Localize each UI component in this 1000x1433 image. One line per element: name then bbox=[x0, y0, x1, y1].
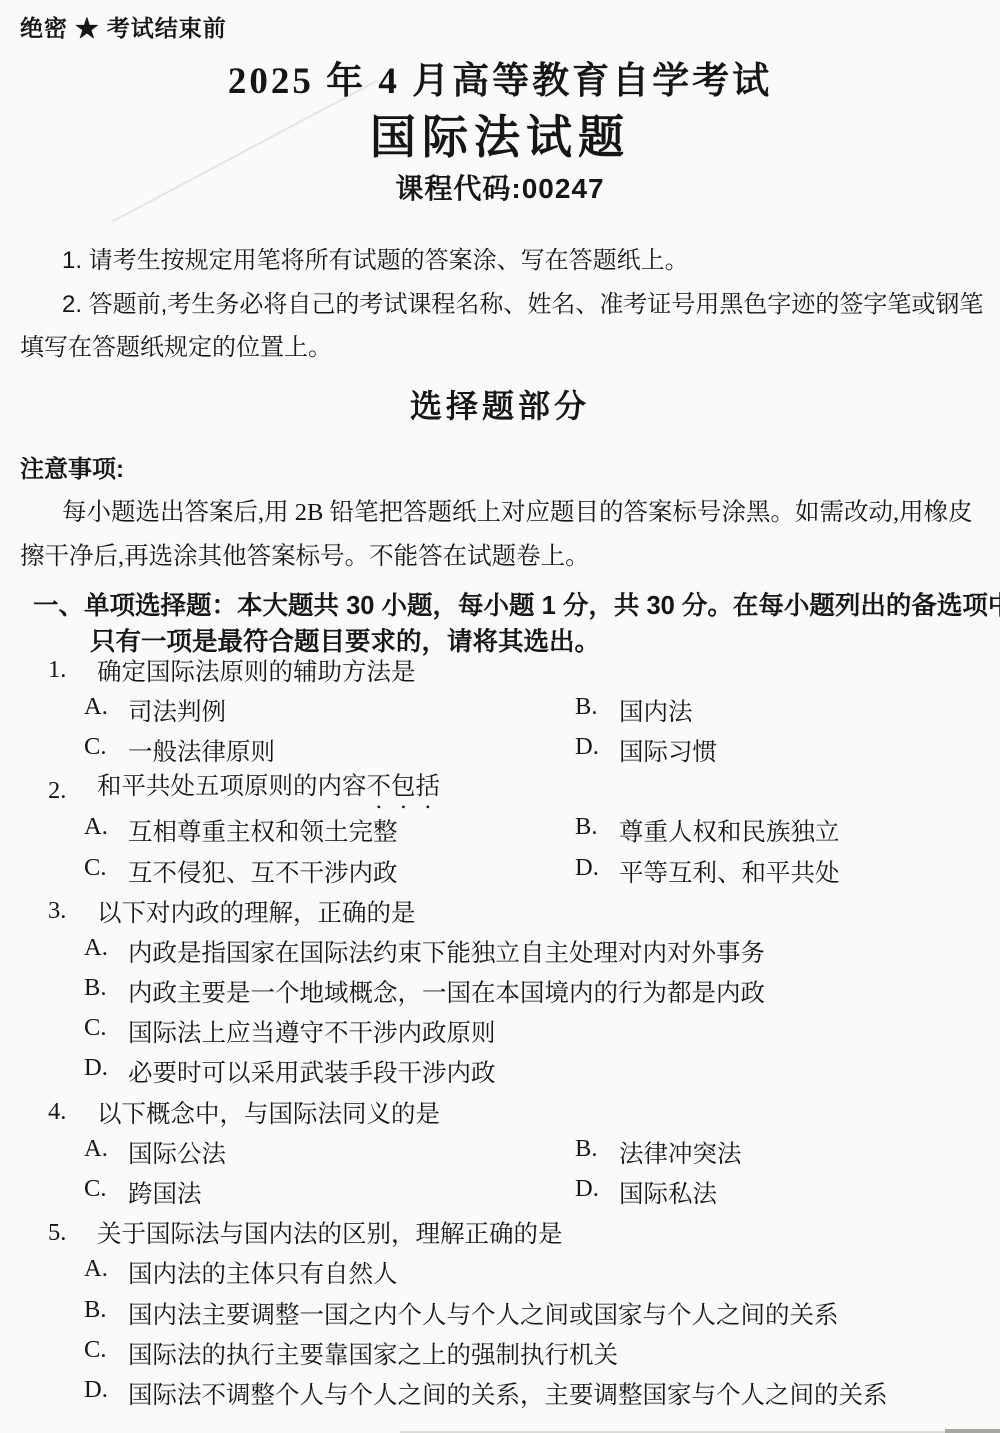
instruction-note-2-line-1: 2. 答题前,考生务必将自己的考试课程名称、姓名、准考证号用黑色字迹的签字笔或钢… bbox=[20, 284, 986, 319]
option-d: D.国际法不调整个人与个人之间的关系，主要调整国家与个人之间的关系 bbox=[84, 1376, 888, 1411]
option-a: A.国际公法 bbox=[84, 1135, 575, 1170]
question-1-options-row-1: A.司法判例 B.国内法 bbox=[0, 690, 1000, 730]
option-text: 跨国法 bbox=[128, 1175, 202, 1210]
option-d: D.平等互利、和平共处 bbox=[575, 854, 840, 889]
option-a: A.司法判例 bbox=[84, 693, 575, 728]
option-text: 司法判例 bbox=[128, 693, 226, 728]
question-2-stem: 2. 和平共处五项原则的内容不包括 bbox=[0, 771, 1000, 811]
question-text: 确定国际法原则的辅助方法是 bbox=[97, 653, 416, 688]
option-d: D.国际私法 bbox=[575, 1175, 717, 1210]
question-text: 以下概念中，与国际法同义的是 bbox=[97, 1095, 440, 1130]
question-number: 4. bbox=[48, 1098, 97, 1126]
option-b: B.内政主要是一个地域概念，一国在本国境内的行为都是内政 bbox=[84, 974, 765, 1009]
exam-paper-page: 绝密 ★ 考试结束前 2025 年 4 月高等教育自学考试 国际法试题 课程代码… bbox=[0, 0, 1000, 1433]
option-text: 内政是指国家在国际法约束下能独立自主处理对内对外事务 bbox=[128, 934, 765, 969]
notice-line-2: 擦干净后,再选涂其他答案标号。不能答在试题卷上。 bbox=[20, 537, 986, 572]
notice-heading: 注意事项: bbox=[20, 449, 124, 484]
option-text: 国际法不调整个人与个人之间的关系，主要调整国家与个人之间的关系 bbox=[128, 1376, 888, 1411]
option-text: 国内法主要调整一国之内个人与个人之间或国家与个人之间的关系 bbox=[128, 1296, 839, 1331]
option-b: B.尊重人权和民族独立 bbox=[575, 813, 840, 848]
scan-artifact-bottom-corner bbox=[945, 1429, 1000, 1433]
exam-session-title: 2025 年 4 月高等教育自学考试 bbox=[0, 50, 1000, 104]
question-number: 1. bbox=[48, 656, 97, 684]
option-d: D.国际习惯 bbox=[575, 733, 717, 768]
option-c: C.一般法律原则 bbox=[84, 733, 575, 768]
option-text: 国际法上应当遵守不干涉内政原则 bbox=[128, 1014, 496, 1049]
option-text: 国际法的执行主要靠国家之上的强制执行机关 bbox=[128, 1336, 618, 1371]
question-5-option-a: A.国内法的主体只有自然人 bbox=[0, 1253, 1000, 1293]
question-3-option-a: A.内政是指国家在国际法约束下能独立自主处理对内对外事务 bbox=[0, 931, 1000, 971]
course-code: 课程代码:00247 bbox=[0, 167, 1000, 207]
question-number: 2. bbox=[48, 777, 97, 805]
option-text: 互不侵犯、互不干涉内政 bbox=[128, 854, 398, 889]
question-4-options-row-1: A.国际公法 B.法律冲突法 bbox=[0, 1132, 1000, 1172]
emphasized-text: 不包括 bbox=[367, 773, 441, 800]
question-4-options-row-2: C.跨国法 D.国际私法 bbox=[0, 1172, 1000, 1212]
option-d: D.必要时可以采用武装手段干涉内政 bbox=[84, 1054, 496, 1089]
question-number: 3. bbox=[48, 897, 97, 925]
question-text: 以下对内政的理解，正确的是 bbox=[97, 894, 416, 929]
option-text: 尊重人权和民族独立 bbox=[619, 813, 840, 848]
question-5-option-b: B.国内法主要调整一国之内个人与个人之间或国家与个人之间的关系 bbox=[0, 1293, 1000, 1333]
question-5-stem: 5. 关于国际法与国内法的区别，理解正确的是 bbox=[0, 1213, 1000, 1253]
option-a: A.互相尊重主权和领土完整 bbox=[84, 813, 575, 848]
question-3-stem: 3. 以下对内政的理解，正确的是 bbox=[0, 891, 1000, 931]
paper-title: 国际法试题 bbox=[0, 101, 1000, 167]
option-b: B.国内法主要调整一国之内个人与个人之间或国家与个人之间的关系 bbox=[84, 1296, 839, 1331]
option-c: C.国际法上应当遵守不干涉内政原则 bbox=[84, 1014, 496, 1049]
option-text: 国内法的主体只有自然人 bbox=[128, 1255, 398, 1290]
option-b: B.国内法 bbox=[575, 693, 693, 728]
question-3-option-d: D.必要时可以采用武装手段干涉内政 bbox=[0, 1052, 1000, 1092]
choice-section-title: 选择题部分 bbox=[0, 381, 1000, 427]
option-text: 内政主要是一个地域概念，一国在本国境内的行为都是内政 bbox=[128, 974, 765, 1009]
question-5-option-c: C.国际法的执行主要靠国家之上的强制执行机关 bbox=[0, 1333, 1000, 1373]
question-number: 5. bbox=[48, 1219, 97, 1247]
questions-list: 1. 确定国际法原则的辅助方法是 A.司法判例 B.国内法 C.一般法律原则 D… bbox=[0, 650, 1000, 1414]
option-text: 国际私法 bbox=[619, 1175, 717, 1210]
instruction-note-1: 1. 请考生按规定用笔将所有试题的答案涂、写在答题纸上。 bbox=[20, 240, 986, 275]
notice-line-1: 每小题选出答案后,用 2B 铅笔把答题纸上对应题目的答案标号涂黑。如需改动,用橡… bbox=[20, 493, 986, 528]
option-c: C.互不侵犯、互不干涉内政 bbox=[84, 854, 575, 889]
part-one-heading-line-1: 一、单项选择题：本大题共 30 小题，每小题 1 分，共 30 分。在每小题列出… bbox=[33, 586, 986, 622]
question-5-option-d: D.国际法不调整个人与个人之间的关系，主要调整国家与个人之间的关系 bbox=[0, 1373, 1000, 1413]
option-b: B.法律冲突法 bbox=[575, 1135, 742, 1170]
question-3-option-b: B.内政主要是一个地域概念，一国在本国境内的行为都是内政 bbox=[0, 972, 1000, 1012]
question-3-option-c: C.国际法上应当遵守不干涉内政原则 bbox=[0, 1012, 1000, 1052]
question-2-options-row-2: C.互不侵犯、互不干涉内政 D.平等互利、和平共处 bbox=[0, 851, 1000, 891]
question-text: 和平共处五项原则的内容不包括 bbox=[97, 767, 440, 814]
question-text: 关于国际法与国内法的区别，理解正确的是 bbox=[97, 1215, 563, 1250]
option-text: 国内法 bbox=[619, 693, 693, 728]
instruction-note-2-line-2: 填写在答题纸规定的位置上。 bbox=[20, 327, 986, 362]
question-1-stem: 1. 确定国际法原则的辅助方法是 bbox=[0, 650, 1000, 690]
option-text: 国际习惯 bbox=[619, 733, 717, 768]
option-c: C.国际法的执行主要靠国家之上的强制执行机关 bbox=[84, 1336, 618, 1371]
question-2-options-row-1: A.互相尊重主权和领土完整 B.尊重人权和民族独立 bbox=[0, 811, 1000, 851]
option-c: C.跨国法 bbox=[84, 1175, 575, 1210]
question-1-options-row-2: C.一般法律原则 D.国际习惯 bbox=[0, 730, 1000, 770]
option-text: 互相尊重主权和领土完整 bbox=[128, 813, 398, 848]
option-a: A.内政是指国家在国际法约束下能独立自主处理对内对外事务 bbox=[84, 934, 765, 969]
option-a: A.国内法的主体只有自然人 bbox=[84, 1255, 398, 1290]
option-text: 一般法律原则 bbox=[128, 733, 275, 768]
classification-label: 绝密 ★ 考试结束前 bbox=[20, 10, 227, 43]
option-text: 必要时可以采用武装手段干涉内政 bbox=[128, 1054, 496, 1089]
question-4-stem: 4. 以下概念中，与国际法同义的是 bbox=[0, 1092, 1000, 1132]
option-text: 国际公法 bbox=[128, 1135, 226, 1170]
option-text: 法律冲突法 bbox=[619, 1135, 742, 1170]
option-text: 平等互利、和平共处 bbox=[619, 854, 840, 889]
